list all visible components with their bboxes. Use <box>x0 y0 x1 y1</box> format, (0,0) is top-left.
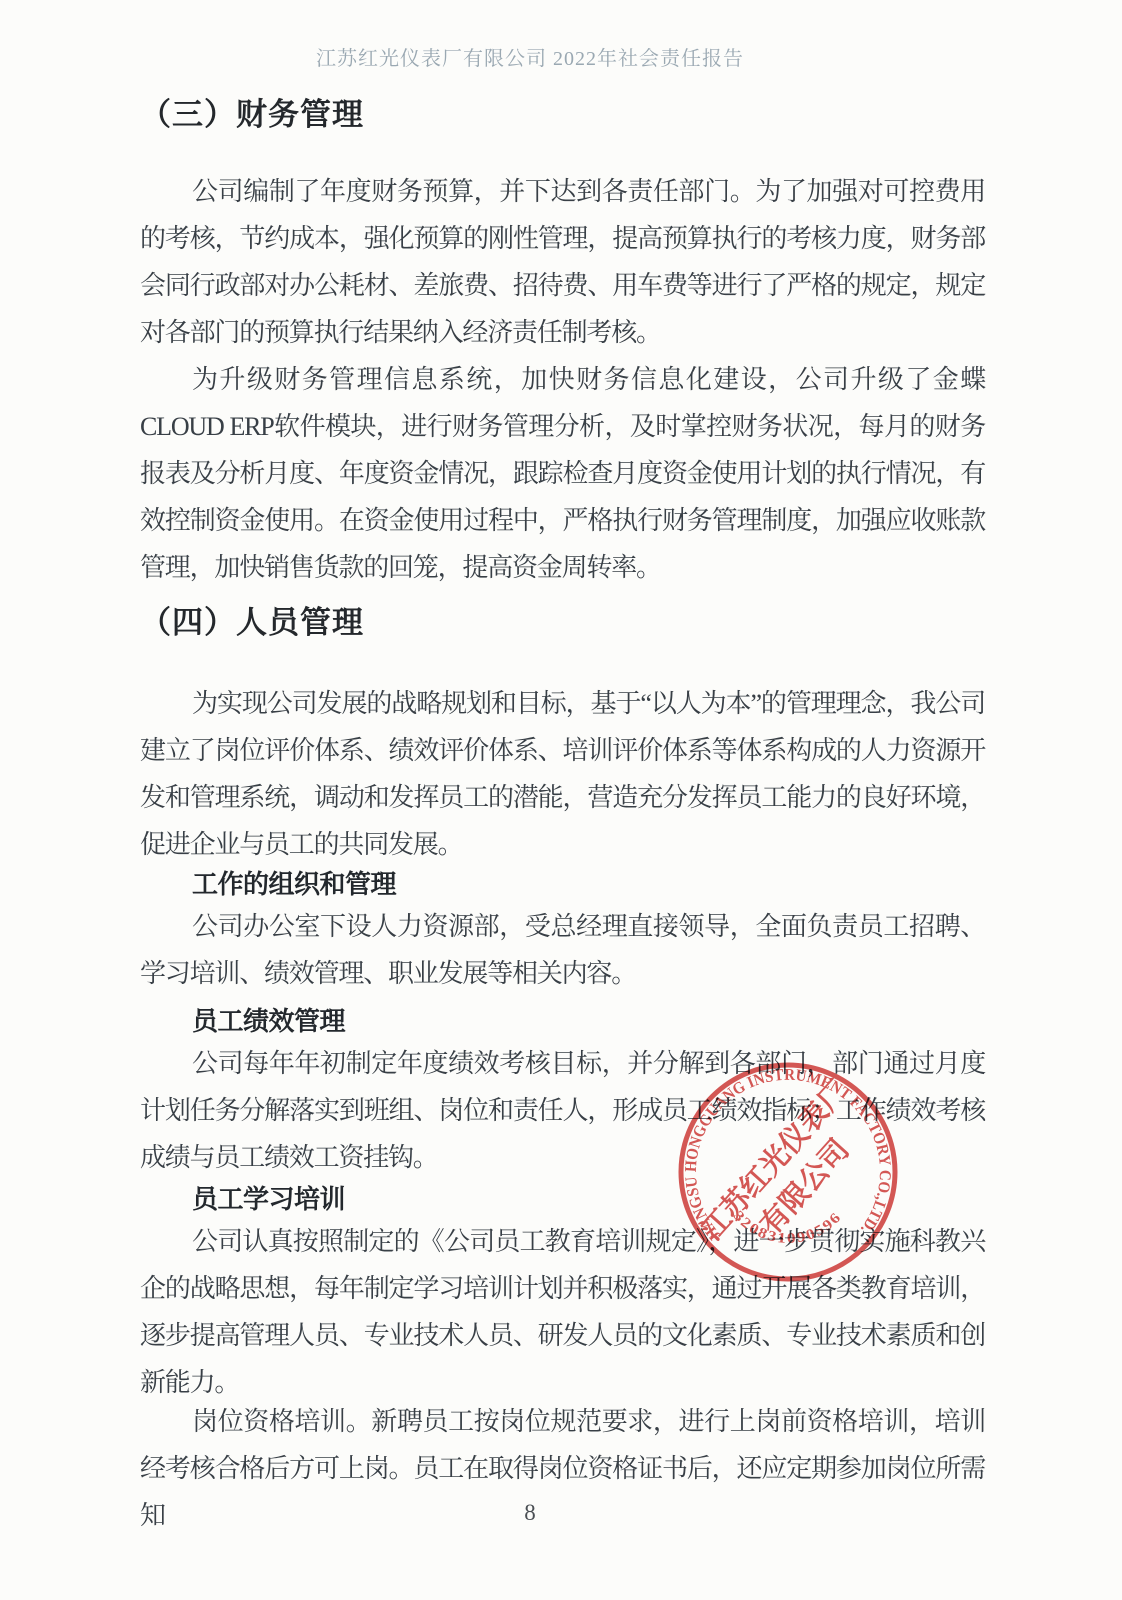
performance-management-block: 公司每年年初制定年度绩效考核目标，并分解到各部门，部门通过月度计划任务分解落实到… <box>140 1040 985 1181</box>
document-header: 江苏红光仪表厂有限公司 2022年社会责任报告 <box>0 42 1060 71</box>
subheading-employee-training: 员工学习培训 <box>140 1180 985 1220</box>
section-heading-personnel-management: （四）人员管理 <box>140 603 1000 643</box>
subheading-work-organization: 工作的组织和管理 <box>140 865 985 905</box>
paragraph-budget: 公司编制了年度财务预算，并下达到各责任部门。为了加强对可控费用的考核，节约成本，… <box>140 168 985 356</box>
document-page: 江苏红光仪表厂有限公司 2022年社会责任报告 （三）财务管理 公司编制了年度财… <box>0 0 1122 1600</box>
personnel-intro-block: 为实现公司发展的战略规划和目标，基于“以人为本”的管理理念，我公司建立了岗位评价… <box>140 680 985 868</box>
paragraph-personnel-intro: 为实现公司发展的战略规划和目标，基于“以人为本”的管理理念，我公司建立了岗位评价… <box>140 680 985 868</box>
employee-training-block: 公司认真按照制定的《公司员工教育培训规定》，进一步贯彻实施科教兴企的战略思想，每… <box>140 1218 985 1406</box>
section-heading-finance-management: （三）财务管理 <box>140 95 1000 135</box>
paragraph-performance-management: 公司每年年初制定年度绩效考核目标，并分解到各部门，部门通过月度计划任务分解落实到… <box>140 1040 985 1181</box>
subheading-performance-management: 员工绩效管理 <box>140 1002 985 1042</box>
page-number: 8 <box>0 1500 1060 1526</box>
paragraph-erp: 为升级财务管理信息系统，加快财务信息化建设，公司升级了金蝶CLOUD ERP软件… <box>140 356 985 591</box>
finance-paragraphs: 公司编制了年度财务预算，并下达到各责任部门。为了加强对可控费用的考核，节约成本，… <box>140 168 985 591</box>
work-organization-block: 公司办公室下设人力资源部，受总经理直接领导，全面负责员工招聘、学习培训、绩效管理… <box>140 903 985 997</box>
paragraph-employee-training: 公司认真按照制定的《公司员工教育培训规定》，进一步贯彻实施科教兴企的战略思想，每… <box>140 1218 985 1406</box>
paragraph-work-organization: 公司办公室下设人力资源部，受总经理直接领导，全面负责员工招聘、学习培训、绩效管理… <box>140 903 985 997</box>
